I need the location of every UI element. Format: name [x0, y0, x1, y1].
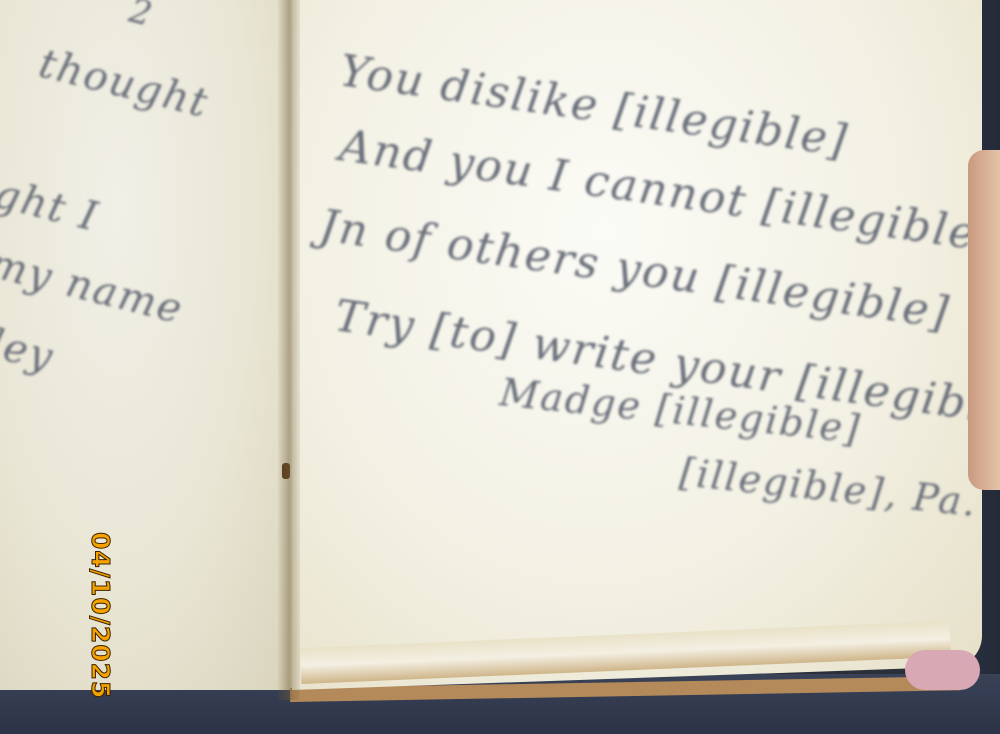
left-line-4: my name [0, 241, 188, 334]
photo-scene: 2 thought ght I my name ley You dislike … [0, 0, 1000, 734]
left-line-5: ley [0, 321, 59, 381]
holding-thumb [968, 150, 1000, 490]
left-line-3: ght I [0, 171, 103, 241]
book-spine [278, 0, 300, 700]
holding-finger [905, 650, 980, 690]
camera-date-stamp: 04/10/2025 [86, 532, 115, 699]
left-line-2: thought [34, 41, 213, 128]
left-page: 2 thought ght I my name ley [0, 0, 292, 690]
left-line-1: 2 [125, 0, 158, 35]
